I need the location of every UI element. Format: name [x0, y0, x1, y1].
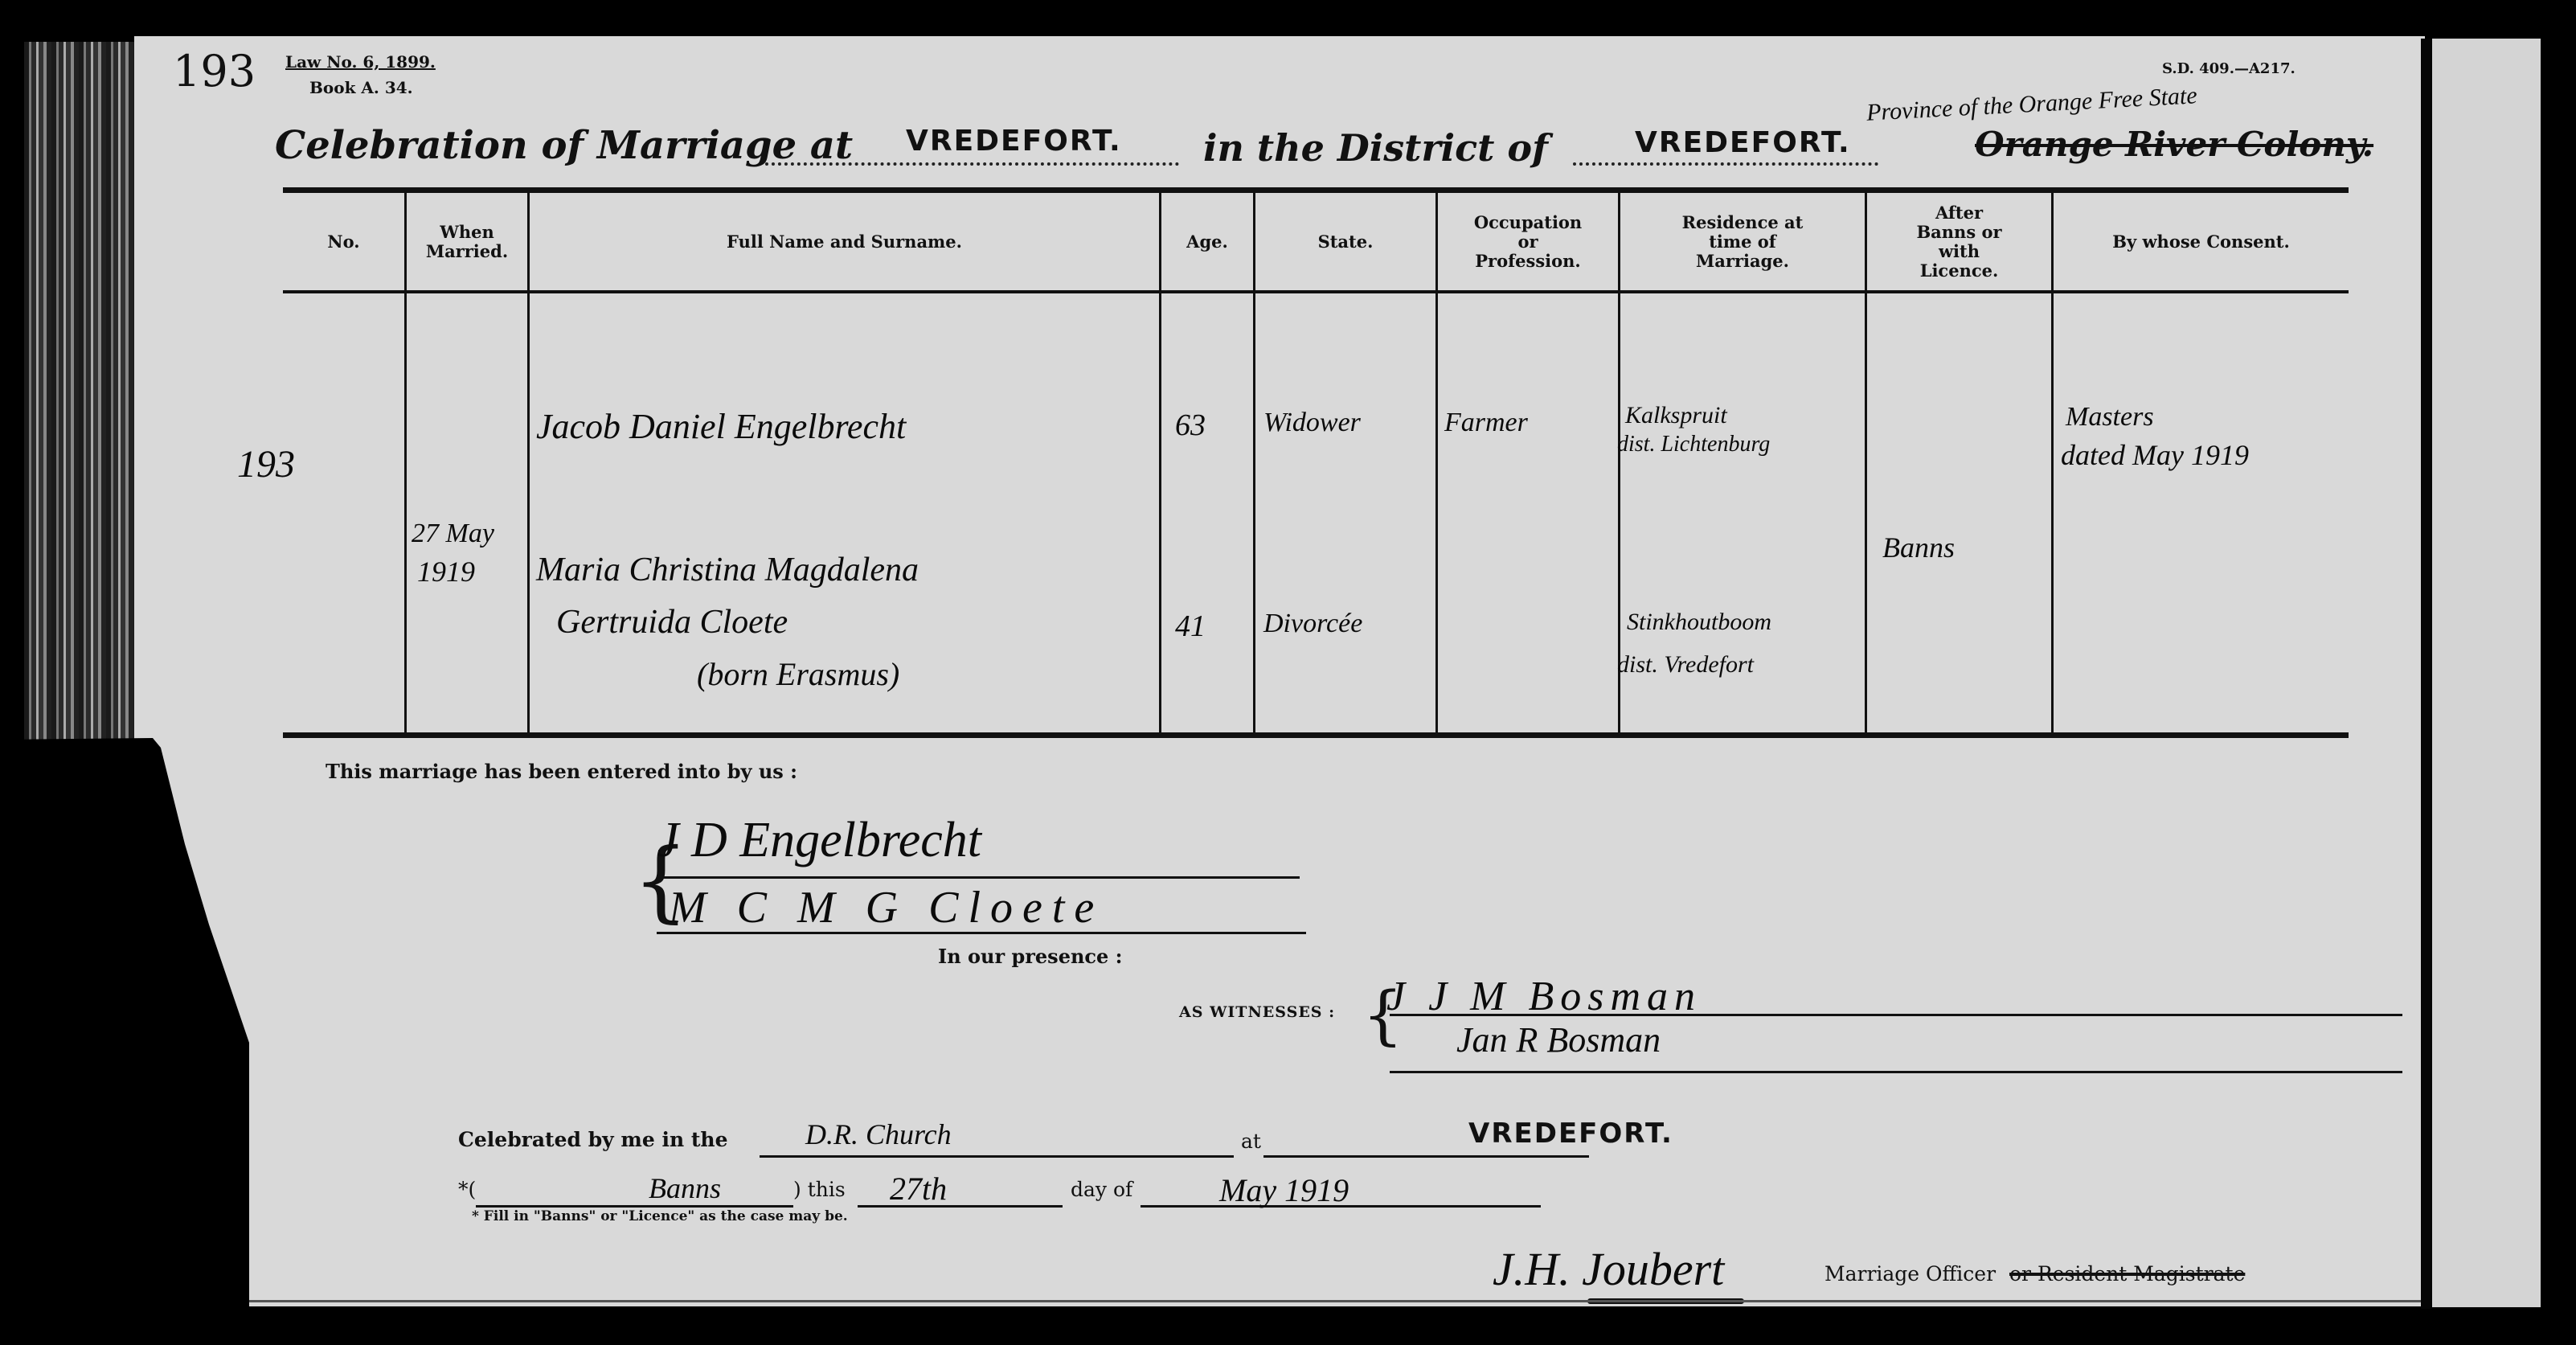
- book-shadow: [0, 0, 2576, 1345]
- facing-page-edge: [2432, 39, 2541, 1307]
- book-gutter: [2421, 39, 2432, 1309]
